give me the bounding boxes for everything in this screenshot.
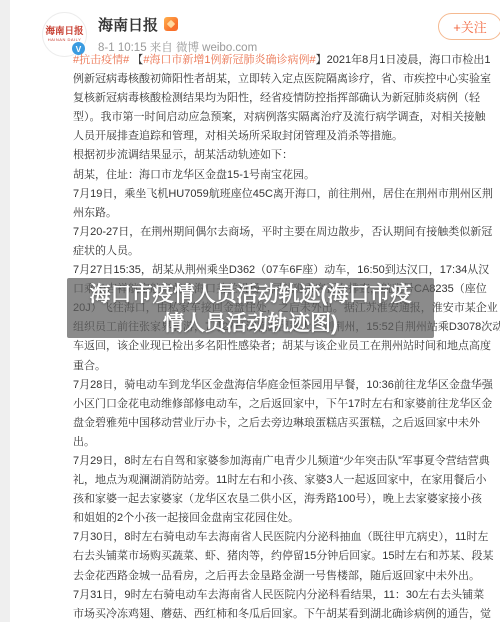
post-text-line: 孩和家婆一起去家婆家（龙华区农垦二供小区，海秀路100号），晚上去家婆家接小孩 [73, 490, 497, 509]
post-text-segment: 复核新冠病毒核酸检测结果均为阳性，经省疫情防控指挥部确认为新冠肺炎病例（轻 [73, 92, 480, 104]
post-text-segment: 去金花西路金城一品看房，之后再去金垦路金湖一号售楼部，随后返回家中未外出。 [73, 570, 480, 582]
post-text-segment: 州东路。 [73, 207, 117, 219]
post-text-line: 7月20-27日，在荆州期间偶尔去商场，平时主要在周边散步，否认期间有接触类似新… [73, 223, 497, 242]
post-text-line: 人员开展排查追踪和管理，对相关场所采取封闭管理及消杀等措施。 [73, 127, 497, 146]
post-text-line: 7月30日，8时左右骑电动车去海南省人民医院内分泌科抽血（既往甲亢病史），11时… [73, 528, 497, 547]
membership-badge-icon [164, 17, 178, 31]
watermark-line2: 情人员活动轨迹图) [67, 309, 434, 338]
post-text-segment: 型）。我市第一时间启动应急预案，对病例落实隔离治疗及流行病学调查，对相关接触 [73, 111, 486, 123]
post-text-line: 市场买冷冻鸡翅、蘑菇、西红柿和冬瓜后回家。下午胡某看到湖北确诊病例的通告，觉 [73, 605, 497, 622]
post-text-segment: 根据初步流调结果显示，胡某活动轨迹如下： [73, 149, 293, 161]
post-text-segment: 盘金碧雅苑中国移动营业厅办卡，之后去旁边琳琅蛋糕店买蛋糕，之后返回家中未外 [73, 417, 480, 429]
post-text-line: 复核新冠病毒核酸检测结果均为阳性，经省疫情防控指挥部确认为新冠肺炎病例（轻 [73, 89, 497, 108]
post-text-segment: 7月29日，8时左右自驾和家婆参加海南广电青少儿频道“少年突击队”军事夏令营结营… [73, 455, 490, 467]
post-text-segment: 出。 [73, 436, 95, 448]
post-text-segment: 小区门口金花电动维修部修电动车，之后返回家中，下午17时左右和家婆前往龙华区金 [73, 398, 492, 410]
post-text-segment: 车返回，该企业现已检出多名阳性感染者；胡某与该企业员工在荆州站时间和地点高度 [73, 340, 491, 352]
post-text-segment: 和姐姐的2个小孩一起接回金盘南宝花园住处。 [73, 512, 299, 524]
follow-button[interactable]: +关注 [438, 13, 500, 40]
post-text-line: 礼，地点为观澜湖消防站旁。11时左右和小孩、家婆3人一起返回家中，在家用餐后小 [73, 471, 497, 490]
post-text-segment: 重合。 [73, 360, 106, 372]
hashtag-link[interactable]: #抗击疫情# [73, 54, 129, 66]
post-text-line: 州东路。 [73, 204, 497, 223]
post-text-segment: 【 [129, 54, 143, 66]
post-text-segment: 7月30日，8时左右骑电动车去海南省人民医院内分泌科抽血（既往甲亢病史），11时… [73, 531, 488, 543]
weibo-post-page: 海南日报 HAINAN DAILY V 海南日报 8-1 10:15 来自 微博… [0, 0, 500, 622]
post-text-segment: 右去头铺菜市场购买蔬菜、虾、猪肉等，约停留15分钟后回家。15时左右和苏某、段某 [73, 550, 493, 562]
post-text-line: 胡某，住址：海口市龙华区金盘15-1号南宝花园。 [73, 166, 497, 185]
post-text-segment: 人员开展排查追踪和管理，对相关场所采取封闭管理及消杀等措施。 [73, 130, 403, 142]
post-text-segment: 症状的人员。 [73, 245, 139, 257]
post-text-line: 7月29日，8时左右自驾和家婆参加海南广电青少儿频道“少年突击队”军事夏令营结营… [73, 452, 497, 471]
post-text-segment: 孩和家婆一起去家婆家（龙华区农垦二供小区，海秀路100号），晚上去家婆家接小孩 [73, 493, 482, 505]
post-text-segment: 市场买冷冻鸡翅、蘑菇、西红柿和冬瓜后回家。下午胡某看到湖北确诊病例的通告，觉 [73, 608, 491, 620]
page-background-strip [0, 0, 10, 622]
post-text-line: 车返回，该企业现已检出多名阳性感染者；胡某与该企业员工在荆州站时间和地点高度 [73, 337, 497, 356]
post-text-line: 小区门口金花电动维修部修电动车，之后返回家中，下午17时左右和家婆前往龙华区金 [73, 395, 497, 414]
post-text-line: 例新冠病毒核酸初筛阳性者胡某，立即转入定点医院隔离诊疗，省、市疾控中心实验室 [73, 70, 497, 89]
avatar-logo-text: 海南日报 [45, 27, 83, 37]
watermark-line1: 海口市疫情人员活动轨迹(海口市疫 [67, 280, 434, 309]
post-text-line: 和姐姐的2个小孩一起接回金盘南宝花园住处。 [73, 509, 497, 528]
post-text-line: 根据初步流调结果显示，胡某活动轨迹如下： [73, 146, 497, 165]
author-row: 海南日报 [98, 14, 178, 34]
post-text-line: 7月28日，骑电动车到龙华区金盘海信华庭金恒茶园用早餐，10:36前往龙华区金盘… [73, 376, 497, 395]
post-text-segment: 胡某，住址：海口市龙华区金盘15-1号南宝花园。 [73, 169, 315, 181]
post-text-line: 7月31日，9时左右骑电动车去海南省人民医院内分泌科看结果，11：30左右去头铺… [73, 586, 497, 605]
author-name[interactable]: 海南日报 [98, 14, 158, 35]
post-text-segment: 7月31日，9时左右骑电动车去海南省人民医院内分泌科看结果，11：30左右去头铺… [73, 589, 484, 601]
post-text-segment: 】2021年8月1日凌晨，海口市检出1 [316, 54, 491, 66]
hashtag-link[interactable]: #海口市新增1例新冠肺炎确诊病例# [143, 54, 315, 66]
post-text-line: 右去头铺菜市场购买蔬菜、虾、猪肉等，约停留15分钟后回家。15时左右和苏某、段某 [73, 547, 497, 566]
post-text-segment: 7月19日，乘坐飞机HU7059航班座位45C离开海口，前往荆州，居住在荆州市荆… [73, 188, 493, 200]
post-text-segment: 7月28日，骑电动车到龙华区金盘海信华庭金恒茶园用早餐，10:36前往龙华区金盘… [73, 379, 493, 391]
post-text-line: 盘金碧雅苑中国移动营业厅办卡，之后去旁边琳琅蛋糕店买蛋糕，之后返回家中未外 [73, 414, 497, 433]
post-text-segment: 礼，地点为观澜湖消防站旁。11时左右和小孩、家婆3人一起返回家中，在家用餐后小 [73, 474, 487, 486]
post-text-segment: 7月27日15:35，胡某从荆州乘坐D362（07车6F座）动车，16:50到达… [73, 264, 489, 276]
watermark-overlay: 海口市疫情人员活动轨迹(海口市疫 情人员活动轨迹图) [67, 278, 434, 338]
post-text-line: #抗击疫情# 【#海口市新增1例新冠肺炎确诊病例#】2021年8月1日凌晨，海口… [73, 51, 497, 70]
post-text-line: 型）。我市第一时间启动应急预案，对病例落实隔离治疗及流行病学调查，对相关接触 [73, 108, 497, 127]
post-text-segment: 7月20-27日，在荆州期间偶尔去商场，平时主要在周边散步，否认期间有接触类似新… [73, 226, 492, 238]
post-text-line: 症状的人员。 [73, 242, 497, 261]
post-text-line: 7月19日，乘坐飞机HU7059航班座位45C离开海口，前往荆州，居住在荆州市荆… [73, 185, 497, 204]
post-text-segment: 例新冠病毒核酸初筛阳性者胡某，立即转入定点医院隔离诊疗，省、市疾控中心实验室 [73, 73, 491, 85]
post-text-line: 出。 [73, 433, 497, 452]
post-text-line: 去金花西路金城一品看房，之后再去金垦路金湖一号售楼部，随后返回家中未外出。 [73, 567, 497, 586]
post-text-line: 重合。 [73, 357, 497, 376]
